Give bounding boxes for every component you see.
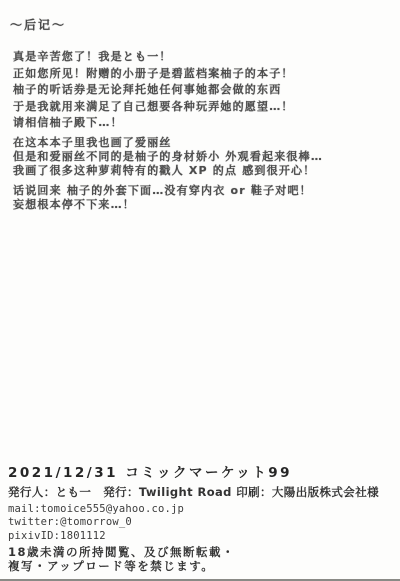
afterword-line: 正如您所见！附赠的小册子是碧蓝档案柚子的本子！	[13, 66, 394, 83]
publisher-line: 発行人：とも一 発行：Twilight Road 印刷：大陽出版株式会社様	[8, 484, 396, 500]
twitter-handle: twitter:@tomorrow_0	[8, 516, 396, 530]
afterword-line: 妄想根本停不下来…！	[13, 198, 394, 212]
afterword-line: 我画了很多这种萝莉特有的戳人 XP 的点 感到很开心！	[13, 164, 394, 178]
afterword-line: 柚子的听话券是无论拜托她任何事她都会做的东西	[13, 82, 394, 99]
notice-line: 18歳未満の所持閲覧、及び無断転載・	[8, 545, 396, 559]
afterword-paragraph-3: 话说回来 柚子的外套下面…没有穿内衣 or 鞋子对吧！ 妄想根本停不下来…！	[13, 184, 394, 212]
event-date-line: 2021/12/31 コミックマーケット99	[8, 461, 396, 481]
afterword-page: 〜后记〜 真是辛苦您了！我是とも一！ 正如您所见！附赠的小册子是碧蓝档案柚子的本…	[0, 0, 400, 581]
afterword-paragraph-1: 真是辛苦您了！我是とも一！ 正如您所见！附赠的小册子是碧蓝档案柚子的本子！ 柚子…	[13, 49, 394, 132]
mail-address: mail:tomoice555@yahoo.co.jp	[8, 503, 396, 517]
afterword-line: 真是辛苦您了！我是とも一！	[13, 49, 394, 66]
pixiv-id: pixivID:1801112	[8, 530, 396, 544]
afterword-line: 在这本本子里我也画了爱丽丝	[13, 136, 394, 150]
afterword-line: 请相信柚子殿下…！	[13, 115, 394, 132]
afterword-line: 但是和爱丽丝不同的是柚子的身材娇小 外观看起来很棒…	[13, 150, 394, 164]
legal-notice: 18歳未満の所持閲覧、及び無断転載・ 複写・アップロード等を禁じます。	[8, 545, 396, 573]
afterword-title: 〜后记〜	[10, 16, 66, 33]
colophon: 2021/12/31 コミックマーケット99 発行人：とも一 発行：Twilig…	[8, 461, 396, 574]
afterword-line: 于是我就用来满足了自己想要各种玩弄她的愿望…！	[13, 99, 394, 116]
afterword-line: 话说回来 柚子的外套下面…没有穿内衣 or 鞋子对吧！	[13, 184, 394, 198]
afterword-paragraph-2: 在这本本子里我也画了爱丽丝 但是和爱丽丝不同的是柚子的身材娇小 外观看起来很棒……	[13, 136, 394, 178]
notice-line: 複写・アップロード等を禁じます。	[8, 559, 396, 573]
